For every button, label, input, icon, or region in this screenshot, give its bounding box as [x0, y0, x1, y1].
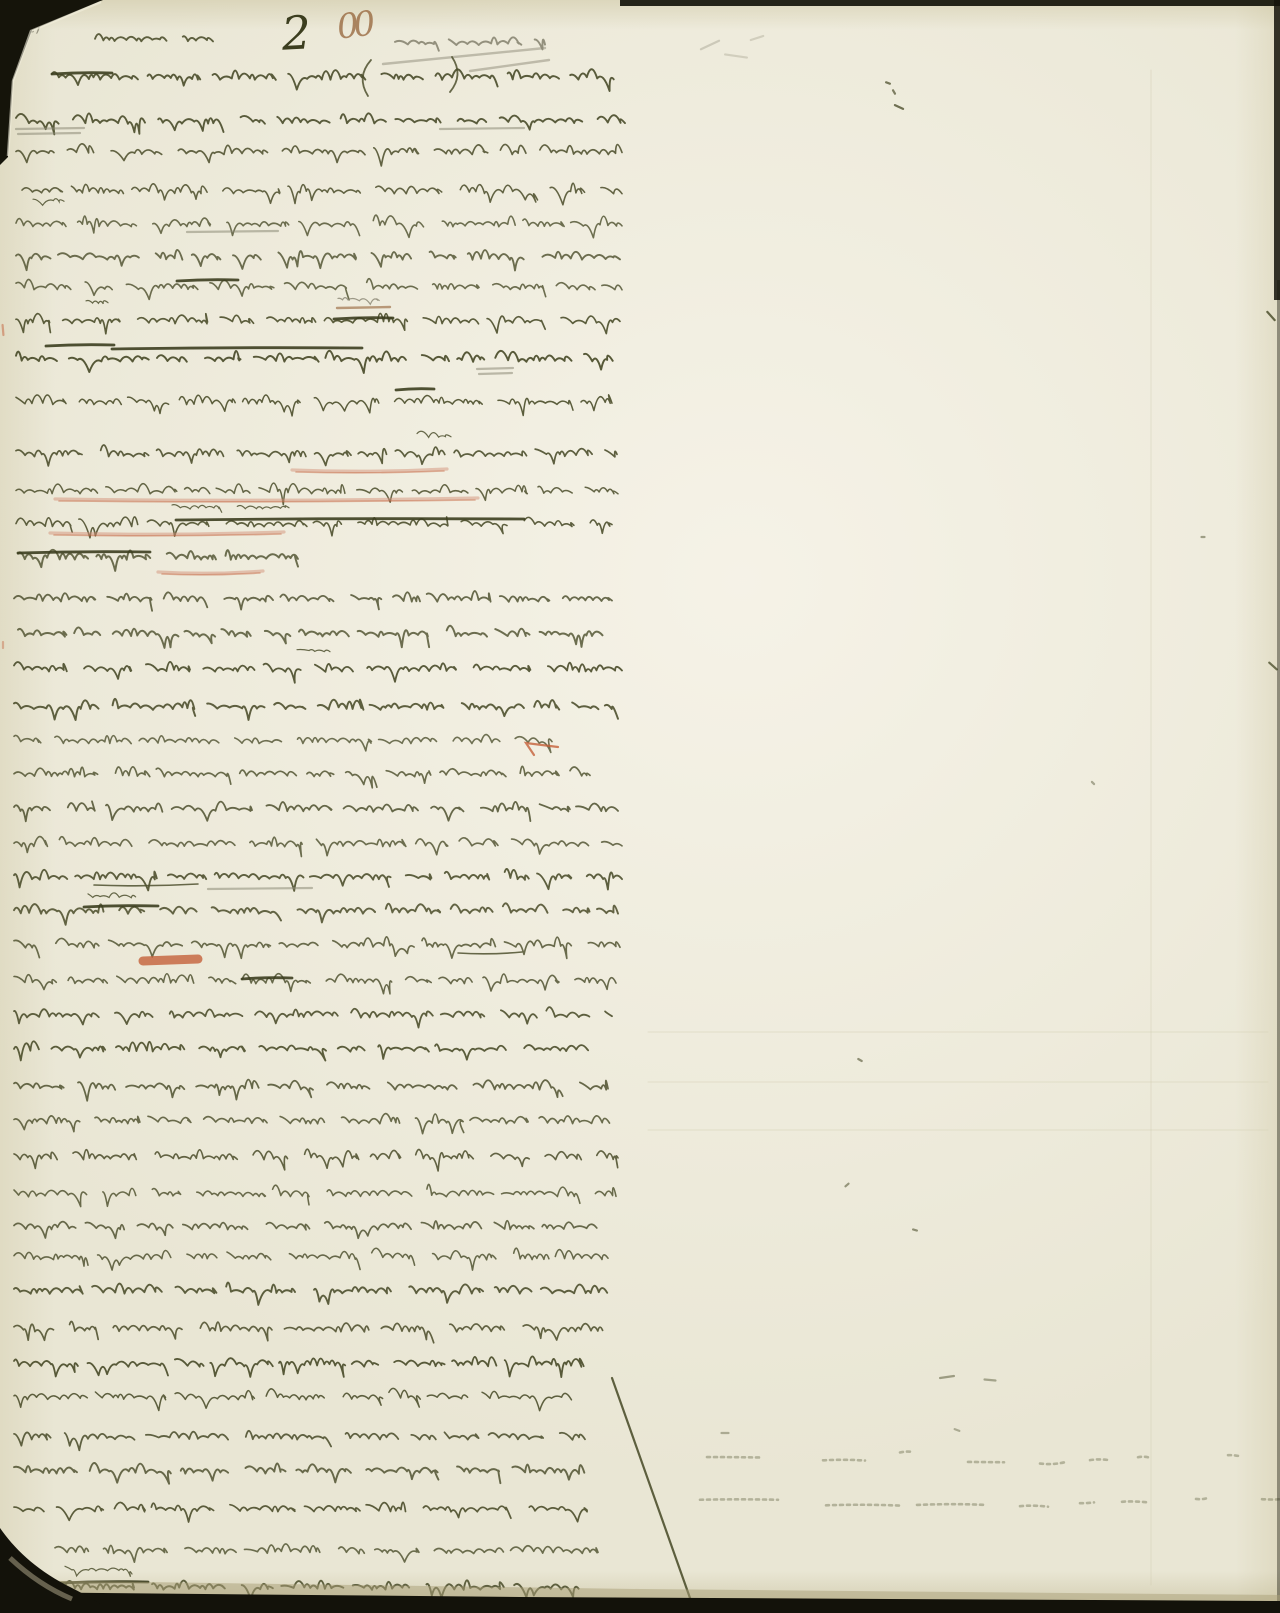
- offset-ink-smudge: [1080, 1502, 1094, 1503]
- handwritten-line: [14, 1248, 608, 1270]
- handwritten-line: [16, 351, 613, 373]
- ink-speck: [3, 325, 4, 335]
- handwritten-line: [16, 313, 620, 333]
- ink-speck: [1267, 312, 1274, 320]
- handwritten-text-block: [3, 34, 1280, 1599]
- handwritten-line: [14, 869, 622, 891]
- strikethrough-mark: [334, 318, 393, 319]
- scan-edge-right-top: [1274, 0, 1280, 300]
- strikethrough-mark: [176, 519, 524, 520]
- pencil-underline: [383, 48, 545, 64]
- handwritten-line: [14, 1321, 603, 1342]
- ink-speck: [725, 54, 747, 57]
- handwritten-line: [16, 250, 620, 271]
- ink-speck: [895, 105, 903, 109]
- red-emphasis-mark: [143, 959, 198, 961]
- offset-ink-smudge: [917, 1504, 983, 1505]
- interlinear-insertion: [172, 505, 289, 513]
- pencil-underline: [187, 231, 278, 232]
- red-corner-mark: [526, 743, 558, 755]
- pencil-underline: [208, 888, 312, 889]
- interlinear-insertion: [33, 199, 64, 206]
- scan-edge-top: [620, 0, 1280, 6]
- handwritten-line: [14, 974, 616, 994]
- handwritten-line: [14, 1149, 618, 1171]
- handwritten-line: [16, 395, 612, 416]
- red-underline: [55, 498, 478, 500]
- ink-speck: [858, 1059, 861, 1061]
- handwritten-line: [14, 1356, 584, 1377]
- handwritten-line: [395, 37, 545, 50]
- ink-speck: [955, 1429, 960, 1431]
- ink-speck: [845, 1184, 848, 1187]
- strikethrough-mark: [242, 978, 292, 979]
- interlinear-insertion: [297, 650, 330, 652]
- handwritten-line: [14, 937, 620, 959]
- scan-corner-top-left: [0, 0, 103, 165]
- pencil-underline: [16, 128, 84, 129]
- offset-ink-smudge: [1138, 1457, 1151, 1458]
- offset-ink-smudge: [1090, 1459, 1107, 1460]
- ink-speck: [940, 1376, 954, 1378]
- ink-speck: [985, 1380, 996, 1381]
- handwritten-line: [16, 279, 622, 300]
- strikethrough-mark: [84, 906, 158, 907]
- handwritten-line: [55, 1544, 598, 1562]
- diagonal-ink-stroke: [612, 1378, 690, 1598]
- ink-underline: [458, 952, 522, 954]
- ink-speck: [701, 41, 719, 49]
- handwritten-line: [14, 1080, 608, 1101]
- handwritten-line: [14, 1114, 610, 1134]
- interlinear-insertion: [338, 298, 379, 305]
- offset-ink-smudge: [826, 1505, 902, 1506]
- handwritten-line: [16, 445, 617, 466]
- handwritten-line: [14, 699, 618, 720]
- handwritten-line: [16, 215, 622, 238]
- manuscript-scan: 2) 2 00: [0, 0, 1280, 1613]
- handwritten-line: [14, 1502, 587, 1522]
- handwritten-line: [14, 735, 552, 753]
- ink-speck: [913, 1229, 917, 1230]
- handwritten-line: [14, 1431, 585, 1450]
- handwritten-line: [14, 1184, 616, 1206]
- ink-speck: [751, 36, 763, 40]
- offset-ink-smudge: [1040, 1462, 1064, 1464]
- ink-speck: [886, 82, 890, 83]
- strikethrough-mark: [46, 345, 114, 346]
- strikethrough-mark: [18, 552, 150, 553]
- handwritten-line: [16, 144, 622, 166]
- handwritten-line: [14, 766, 590, 787]
- interlinear-insertion: [65, 1566, 132, 1577]
- interlinear-insertion: [86, 300, 108, 303]
- handwritten-line: [16, 113, 625, 134]
- handwritten-line: [14, 1221, 597, 1239]
- handwritten-line: [18, 626, 603, 648]
- strikethrough-mark: [52, 73, 112, 74]
- handwritten-line: [14, 662, 622, 683]
- strikethrough-mark: [396, 389, 434, 390]
- handwritten-line: [95, 34, 213, 41]
- handwritten-line: [14, 591, 612, 611]
- handwritten-line: [14, 1388, 571, 1410]
- handwritten-line: [22, 183, 622, 205]
- pencil-underline: [440, 128, 524, 129]
- offset-ink-smudge: [1122, 1501, 1146, 1502]
- handwritten-line: [14, 837, 622, 857]
- offset-ink-smudge: [1228, 1455, 1238, 1456]
- handwritten-line: [14, 801, 618, 821]
- offset-ink-smudge: [823, 1460, 865, 1461]
- pencil-underline: [18, 133, 80, 134]
- handwritten-line: [14, 1041, 588, 1060]
- numbering-stamp: 00: [335, 3, 377, 47]
- pencil-underline: [479, 373, 512, 374]
- interlinear-insertion: [417, 431, 451, 437]
- ink-speck: [1269, 663, 1276, 670]
- handwritten-line: [14, 1007, 612, 1027]
- pencil-underline: [470, 60, 549, 71]
- offset-ink-smudge: [1196, 1498, 1209, 1500]
- ink-speck: [893, 90, 895, 93]
- crayon-underline: [337, 307, 390, 308]
- pencil-underline: [477, 368, 513, 369]
- interlinear-insertion: [88, 893, 136, 898]
- handwritten-line: [52, 69, 614, 91]
- offset-ink-smudge: [900, 1452, 912, 1453]
- handwritten-line: [14, 1283, 607, 1305]
- page-number: 2: [279, 5, 312, 61]
- red-underline: [50, 532, 284, 534]
- handwritten-line: [14, 1463, 584, 1484]
- strikethrough-mark: [177, 280, 238, 281]
- offset-ink-smudge: [1020, 1506, 1048, 1507]
- handwriting-layer: 2) 2 00: [0, 0, 1280, 1613]
- ink-speck: [1092, 782, 1094, 784]
- strikethrough-mark: [112, 348, 362, 349]
